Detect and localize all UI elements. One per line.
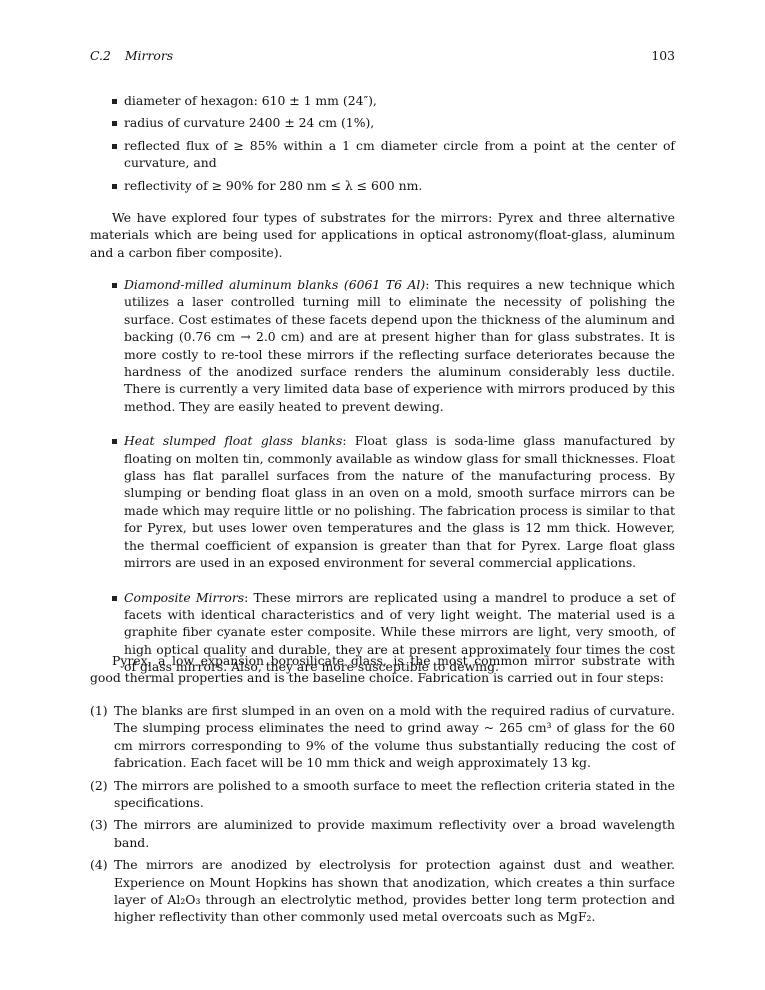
spec-item: diameter of hexagon: 610 ± 1 mm (24″),: [90, 92, 675, 109]
substrate-title: Heat slumped float glass blanks: [124, 433, 342, 448]
step-text: The mirrors are anodized by electrolysis…: [114, 857, 675, 924]
substrate-text: This requires a new technique which util…: [124, 277, 675, 414]
separator: :: [342, 433, 355, 448]
step-number: (4): [90, 856, 108, 873]
step-item: (4)The mirrors are anodized by electroly…: [90, 856, 675, 926]
section-number: C.2: [90, 48, 111, 63]
substrate-text: Float glass is soda-lime glass manufactu…: [124, 433, 675, 570]
spec-item: radius of curvature 2400 ± 24 cm (1%),: [90, 114, 675, 131]
substrate-title: Composite Mirrors: [124, 590, 244, 605]
section-title: Mirrors: [125, 48, 173, 63]
section-heading: C.2Mirrors: [90, 48, 173, 63]
substrate-item: Heat slumped float glass blanks: Float g…: [90, 432, 675, 571]
separator: :: [425, 277, 435, 292]
step-text: The mirrors are polished to a smooth sur…: [114, 778, 675, 810]
running-header: C.2Mirrors 103: [90, 47, 675, 64]
step-text: The mirrors are aluminized to provide ma…: [114, 817, 675, 849]
substrates-list: Diamond-milled aluminum blanks (6061 T6 …: [90, 276, 675, 693]
step-item: (2)The mirrors are polished to a smooth …: [90, 777, 675, 812]
step-text: The blanks are first slumped in an oven …: [114, 703, 675, 770]
intro-paragraph: We have explored four types of substrate…: [90, 209, 675, 261]
step-item: (1)The blanks are first slumped in an ov…: [90, 702, 675, 772]
spec-item: reflected flux of ≥ 85% within a 1 cm di…: [90, 137, 675, 172]
step-number: (3): [90, 816, 108, 833]
step-number: (2): [90, 777, 108, 794]
fabrication-steps: (1)The blanks are first slumped in an ov…: [90, 702, 675, 931]
substrate-title: Diamond-milled aluminum blanks (6061 T6 …: [124, 277, 425, 292]
page-number: 103: [651, 47, 675, 64]
spec-item: reflectivity of ≥ 90% for 280 nm ≤ λ ≤ 6…: [90, 177, 675, 194]
step-number: (1): [90, 702, 108, 719]
step-item: (3)The mirrors are aluminized to provide…: [90, 816, 675, 851]
substrate-item: Diamond-milled aluminum blanks (6061 T6 …: [90, 276, 675, 415]
specifications-list: diameter of hexagon: 610 ± 1 mm (24″), r…: [90, 92, 675, 199]
pyrex-paragraph: Pyrex, a low expansion borosilicate glas…: [90, 652, 675, 687]
